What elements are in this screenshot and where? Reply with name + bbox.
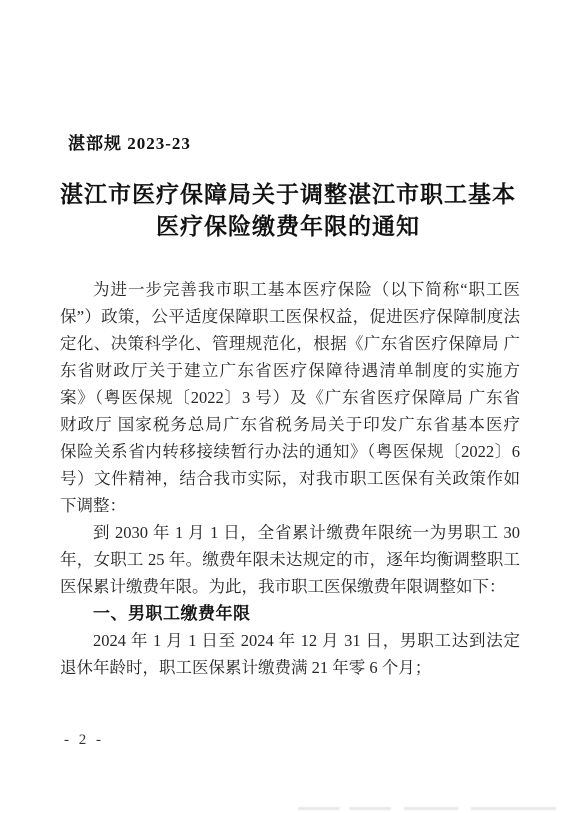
paragraph-3: 2024 年 1 月 1 日至 2024 年 12 月 31 日，男职工达到法定…: [60, 627, 520, 681]
text-line: 医保累计缴费年限。为此，我市职工医保缴费年限调整如下：: [60, 573, 520, 600]
doc-number: 湛部规 2023-23: [68, 129, 191, 154]
text-line: 退休年龄时，职工医保累计缴费满 21 年零 6 个月；: [60, 654, 520, 681]
text-line: 案》（粤医保规〔2022〕3 号）及《广东省医疗保障局 广东省: [60, 384, 520, 411]
page-number: - 2 -: [64, 732, 104, 749]
text-line: 年，女职工 25 年。缴费年限未达规定的市，逐年均衡调整职工: [60, 546, 520, 573]
document-title: 湛江市医疗保障局关于调整湛江市职工基本 医疗保险缴费年限的通知: [36, 179, 540, 243]
text-line: 2024 年 1 月 1 日至 2024 年 12 月 31 日，男职工达到法定: [60, 627, 520, 654]
paragraph-2: 到 2030 年 1 月 1 日，全省累计缴费年限统一为男职工 30 年，女职工…: [60, 519, 520, 600]
text-line: 东省财政厅关于建立广东省医疗保障待遇清单制度的实施方: [60, 357, 520, 384]
text-line: 到 2030 年 1 月 1 日，全省累计缴费年限统一为男职工 30: [60, 519, 520, 546]
text-line: 号）文件精神，结合我市实际，对我市职工医保有关政策作如: [60, 465, 520, 492]
text-line: 为进一步完善我市职工基本医疗保险（以下简称“职工医: [60, 276, 520, 303]
text-line: 保”）政策，公平适度保障职工医保权益，促进医疗保障制度法: [60, 303, 520, 330]
text-line: 财政厅 国家税务总局广东省税务局关于印发广东省基本医疗: [60, 411, 520, 438]
document-page: 湛部规 2023-23 湛江市医疗保障局关于调整湛江市职工基本 医疗保险缴费年限…: [0, 0, 576, 813]
paragraph-1: 为进一步完善我市职工基本医疗保险（以下简称“职工医 保”）政策，公平适度保障职工…: [60, 276, 520, 519]
document-body: 为进一步完善我市职工基本医疗保险（以下简称“职工医 保”）政策，公平适度保障职工…: [60, 276, 520, 681]
text-line: 定化、决策科学化、管理规范化，根据《广东省医疗保障局 广: [60, 330, 520, 357]
text-line: 保险关系省内转移接续暂行办法的通知》（粤医保规〔2022〕6: [60, 438, 520, 465]
text-line: 下调整：: [60, 492, 520, 519]
scan-bleed-artifact: [298, 807, 556, 810]
section-heading-male-workers: 一、男职工缴费年限: [60, 600, 520, 627]
title-line-2: 医疗保险缴费年限的通知: [36, 211, 540, 243]
title-line-1: 湛江市医疗保障局关于调整湛江市职工基本: [36, 179, 540, 211]
